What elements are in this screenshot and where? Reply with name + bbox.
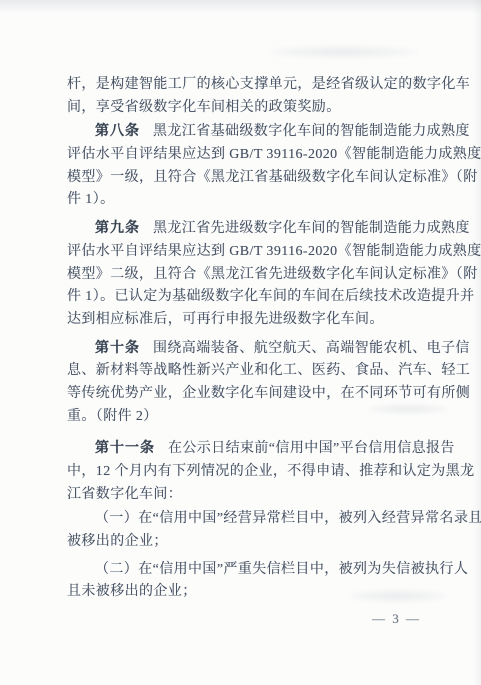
text-line: 间，享受省级数字化车间相关的政策奖励。: [67, 97, 420, 120]
line-text: 在公示日结束前“信用中国”平台信用信息报告: [168, 441, 455, 456]
text-line: 中，12 个月内有下列情况的企业，不得申请、推荐和认定为黑龙: [67, 461, 420, 484]
text-line: 杆，是构建智能工厂的核心支撑单元，是经省级认定的数字化车: [67, 74, 420, 97]
article-heading: 第十条: [95, 341, 140, 356]
text-line-item-2: （二）在“信用中国”严重失信栏目中，被列为失信被执行人: [67, 559, 420, 582]
text-line: 等传统优势产业，企业数字化车间建设中，在不同环节可有所侧: [67, 383, 420, 406]
text-line: 江省数字化车间：: [67, 484, 420, 507]
text-line: 重。（附件 2）: [67, 406, 420, 429]
text-line: 评估水平自评结果应达到 GB/T 39116-2020《智能制造能力成熟度: [67, 144, 420, 167]
text-line: 评估水平自评结果应达到 GB/T 39116-2020《智能制造能力成熟度: [67, 241, 420, 264]
text-line: 模型》一级，且符合《黑龙江省基础级数字化车间认定标准》（附: [67, 167, 420, 190]
page-number: — 3 —: [372, 611, 421, 627]
scan-smudge: [268, 46, 418, 58]
line-text: 围绕高端装备、航空航天、高端智能农机、电子信: [153, 341, 470, 356]
scan-right-shadow: [473, 0, 481, 685]
text-line: 且未被移出的企业；: [67, 581, 420, 604]
text-line: 件 1）。: [67, 189, 420, 212]
text-line-article-9: 第九条黑龙江省先进级数字化车间的智能制造能力成熟度: [67, 218, 420, 241]
text-line-article-11: 第十一条在公示日结束前“信用中国”平台信用信息报告: [67, 438, 420, 461]
text-line: 达到相应标准后，可再行申报先进级数字化车间。: [67, 309, 420, 332]
line-text: 黑龙江省基础级数字化车间的智能制造能力成熟度: [153, 124, 470, 139]
text-line: 被移出的企业；: [67, 531, 420, 554]
text-line-article-10: 第十条围绕高端装备、航空航天、高端智能农机、电子信: [67, 338, 420, 361]
text-line-article-8: 第八条黑龙江省基础级数字化车间的智能制造能力成熟度: [67, 121, 420, 144]
line-text: 黑龙江省先进级数字化车间的智能制造能力成熟度: [153, 221, 470, 236]
article-heading: 第八条: [95, 124, 140, 139]
article-heading: 第十一条: [95, 441, 155, 456]
text-line: 息、新材料等战略性新兴产业和化工、医药、食品、汽车、轻工: [67, 360, 420, 383]
text-line: 件 1）。已认定为基础级数字化车间的车间在后续技术改造提升并: [67, 286, 420, 309]
document-body: 杆，是构建智能工厂的核心支撑单元，是经省级认定的数字化车 间，享受省级数字化车间…: [67, 74, 420, 604]
scan-top-shadow: [0, 0, 481, 14]
text-line: 模型》二级，且符合《黑龙江省先进级数字化车间认定标准》（附: [67, 264, 420, 287]
text-line-item-1: （一）在“信用中国”经营异常栏目中，被列入经营异常名录且未: [67, 508, 420, 531]
document-page: 杆，是构建智能工厂的核心支撑单元，是经省级认定的数字化车 间，享受省级数字化车间…: [0, 0, 481, 685]
article-heading: 第九条: [95, 221, 140, 236]
